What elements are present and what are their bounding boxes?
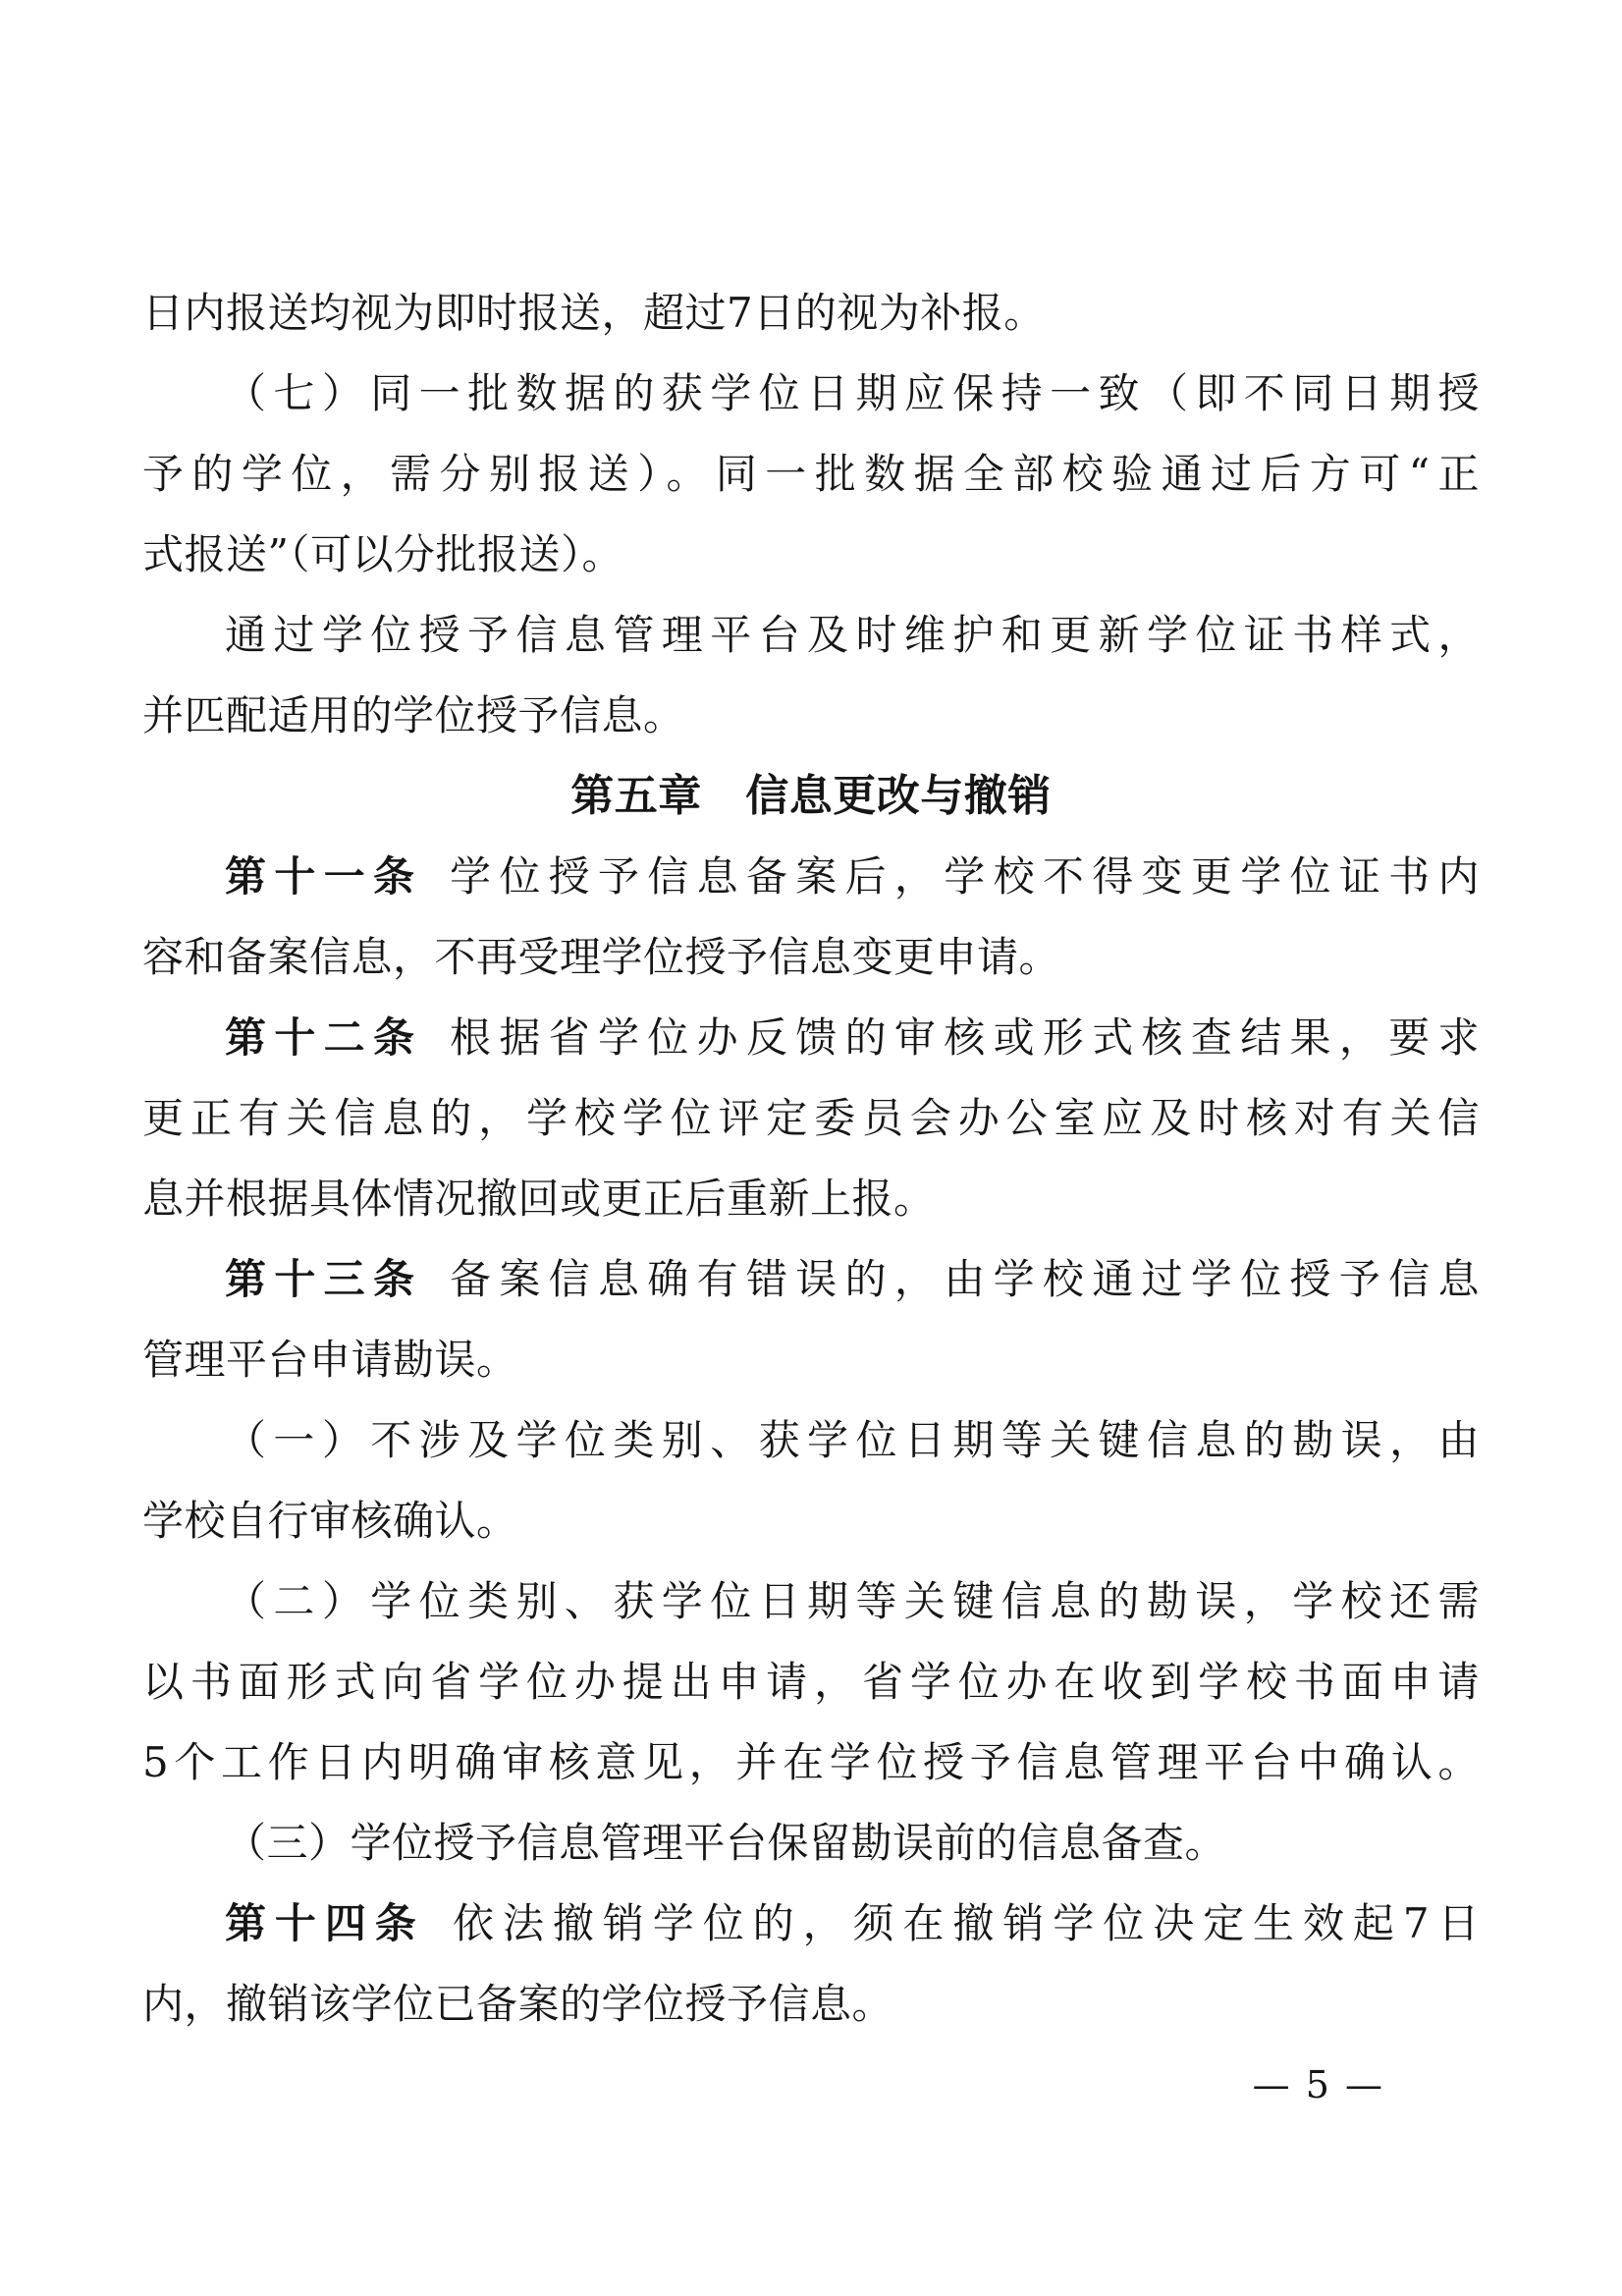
text-line: 通过学位授予信息管理平台及时维护和更新学位证书样式， (142, 595, 1480, 676)
text-line: 学校自行审核确认。 (142, 1481, 1480, 1561)
text-line: 管理平台申请勘误。 (142, 1320, 1480, 1400)
text-line: 第十三条 备案信息确有错误的，由学校通过学位授予信息 (142, 1239, 1480, 1320)
text-line: 日内报送均视为即时报送，超过7日的视为补报。 (142, 273, 1480, 354)
document-page: 日内报送均视为即时报送，超过7日的视为补报。 （七）同一批数据的获学位日期应保持… (0, 0, 1622, 2296)
body-text: 日内报送均视为即时报送，超过7日的视为补报。 （七）同一批数据的获学位日期应保持… (142, 273, 1480, 2125)
article-number: 第十二条 (225, 1013, 422, 1062)
text-line: （三）学位授予信息管理平台保留勘误前的信息备查。 (142, 1803, 1480, 1884)
text-line: 予的学位，需分别报送）。同一批数据全部校验通过后方可“正 (142, 434, 1480, 515)
article-number: 第十四条 (225, 1899, 425, 1947)
text-line-body: 学位授予信息备案后，学校不得变更学位证书内 (428, 852, 1480, 901)
text-line: 5个工作日内明确审核意见，并在学位授予信息管理平台中确认。 (142, 1722, 1480, 1803)
text-line: （二）学位类别、获学位日期等关键信息的勘误，学校还需 (142, 1561, 1480, 1642)
text-line-body: 根据省学位办反馈的审核或形式核查结果，要求 (428, 1013, 1480, 1062)
text-line: 息并根据具体情况撤回或更正后重新上报。 (142, 1159, 1480, 1239)
text-line: 第十四条 依法撤销学位的，须在撤销学位决定生效起7日 (142, 1884, 1480, 1964)
text-line: 容和备案信息，不再受理学位授予信息变更申请。 (142, 917, 1480, 998)
text-line: （一）不涉及学位类别、获学位日期等关键信息的勘误，由 (142, 1400, 1480, 1481)
text-line: 第十二条 根据省学位办反馈的审核或形式核查结果，要求 (142, 998, 1480, 1078)
chapter-heading: 第五章 信息更改与撤销 (142, 756, 1480, 837)
article-number: 第十三条 (225, 1255, 422, 1303)
article-number: 第十一条 (225, 852, 422, 901)
page-number: — 5 — (142, 2045, 1480, 2125)
text-line-body: 备案信息确有错误的，由学校通过学位授予信息 (428, 1255, 1480, 1303)
text-line: 以书面形式向省学位办提出申请，省学位办在收到学校书面申请 (142, 1642, 1480, 1722)
text-line: 并匹配适用的学位授予信息。 (142, 676, 1480, 756)
text-line: 第十一条 学位授予信息备案后，学校不得变更学位证书内 (142, 837, 1480, 917)
text-line: （七）同一批数据的获学位日期应保持一致（即不同日期授 (142, 354, 1480, 434)
text-line-body: 依法撤销学位的，须在撤销学位决定生效起7日 (431, 1899, 1480, 1947)
text-line: 更正有关信息的，学校学位评定委员会办公室应及时核对有关信 (142, 1078, 1480, 1159)
text-line: 式报送”（可以分批报送）。 (142, 515, 1480, 595)
text-line: 内，撤销该学位已备案的学位授予信息。 (142, 1964, 1480, 2045)
